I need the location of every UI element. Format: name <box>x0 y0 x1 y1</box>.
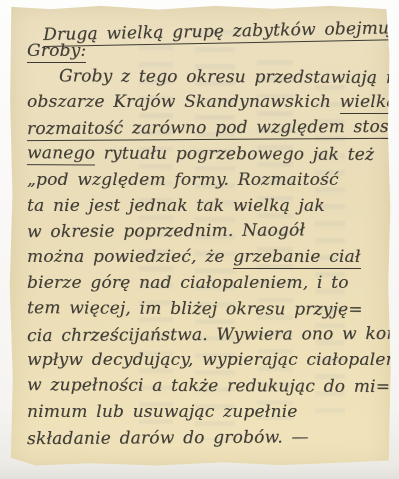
handwritten-line: bierze górę nad ciałopaleniem, i to <box>23 271 379 297</box>
text-segment: nimum lub usuwając zupełnie <box>27 402 298 422</box>
text-segment: składanie darów do grobów. — <box>27 427 309 449</box>
handwritten-line: „pod względem formy. Rozmaitość <box>23 168 379 194</box>
text-segment: wpływ decydujący, wypierając ciałopaleni… <box>27 350 399 370</box>
text-segment: rytuału pogrzebowego jak też <box>95 143 374 164</box>
underlined-text: wielką <box>340 92 397 114</box>
handwritten-line: w zupełności a także redukując do mi= <box>23 373 379 401</box>
handwritten-line: Groby z tego okresu przedstawiają na <box>23 64 379 92</box>
text-segment: obszarze Krajów Skandynawskich <box>27 92 340 112</box>
text-segment: ta nie jest jednak tak wielką jak <box>27 196 325 216</box>
handwritten-text-block: Drugą wielką grupę zabytków obejmują45Gr… <box>23 13 379 452</box>
text-segment: w okresie poprzednim. Naogół <box>27 221 305 243</box>
underlined-text: grzebanie ciał <box>233 247 360 269</box>
handwritten-line: wanego rytuału pogrzebowego jak też <box>23 141 379 169</box>
text-segment: Groby z tego okresu przedstawiają na <box>59 66 399 88</box>
underlined-text: rozmaitość zarówno pod względem stoso= <box>27 117 399 141</box>
manuscript-page: Drugą wielką grupę zabytków obejmują45Gr… <box>9 5 391 466</box>
handwritten-line: tem więcej, im bliżej okresu przyję= <box>23 296 379 324</box>
text-segment: „pod względem formy. Rozmaitość <box>27 170 339 190</box>
handwritten-line: składanie darów do grobów. — <box>23 425 379 453</box>
handwritten-line: nimum lub usuwając zupełnie <box>23 400 379 426</box>
handwritten-line: rozmaitość zarówno pod względem stoso= <box>23 115 379 143</box>
handwritten-line: wpływ decydujący, wypierając ciałopaleni… <box>23 348 379 374</box>
handwritten-line: cia chrześcijaństwa. Wywiera ono w końcu <box>23 321 379 349</box>
text-segment: można powiedzieć, że <box>27 247 233 267</box>
text-segment: cia chrześcijaństwa. Wywiera ono w końcu <box>27 323 399 345</box>
handwritten-line: można powiedzieć, że grzebanie ciał <box>23 245 379 271</box>
underlined-text: wanego <box>27 143 95 165</box>
text-segment: tem więcej, im bliżej okresu przyję= <box>27 298 363 320</box>
text-segment: w zupełności a także redukując do mi= <box>27 375 390 397</box>
text-segment: bierze górę nad ciałopaleniem, i to <box>27 273 349 293</box>
handwritten-line: w okresie poprzednim. Naogół <box>23 218 379 246</box>
handwritten-line: ta nie jest jednak tak wielką jak <box>23 194 379 220</box>
handwritten-line: Drugą wielką grupę zabytków obejmują45 <box>23 10 379 43</box>
handwritten-line: obszarze Krajów Skandynawskich wielką <box>23 90 379 116</box>
